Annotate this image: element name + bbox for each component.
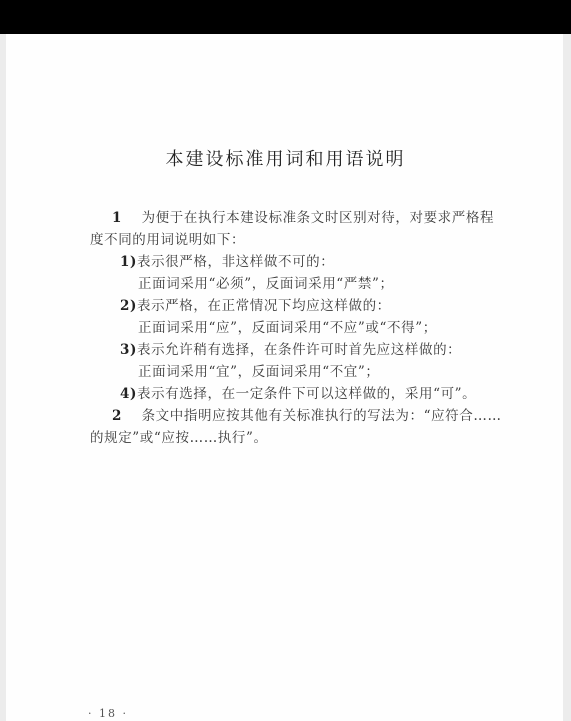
paragraph-number: 1 <box>112 210 122 226</box>
sub-item-1-detail: 正面词采用“必须”，反面词采用“严禁”； <box>138 272 394 292</box>
page-number: · 18 · <box>88 707 128 720</box>
sub-item-text: 表示有选择，在一定条件下可以这样做的，采用“可”。 <box>137 386 476 402</box>
sub-item-1: 1)表示很严格，非这样做不可的： <box>120 250 334 270</box>
sub-item-text: 表示严格，在正常情况下均应这样做的： <box>137 298 391 314</box>
sub-item-3-detail: 正面词采用“宜”，反面词采用“不宜”； <box>138 360 380 380</box>
paragraph-number: 2 <box>112 408 122 424</box>
paragraph-1-line-2: 度不同的用词说明如下： <box>90 228 245 248</box>
sub-item-label: 2) <box>120 298 137 314</box>
top-black-bar <box>0 0 571 34</box>
sub-item-text: 表示很严格，非这样做不可的： <box>137 254 334 270</box>
paragraph-2-line-2: 的规定”或“应按……执行”。 <box>90 426 268 446</box>
paragraph-text: 为便于在执行本建设标准条文时区别对待，对要求严格程 <box>142 210 495 226</box>
page-title: 本建设标准用词和用语说明 <box>0 145 571 171</box>
sub-item-label: 1) <box>120 254 137 270</box>
paragraph-2-line-1: 2 条文中指明应按其他有关标准执行的写法为：“应符合…… <box>112 404 502 424</box>
sub-item-2: 2)表示严格，在正常情况下均应这样做的： <box>120 294 391 314</box>
sub-item-text: 表示允许稍有选择，在条件许可时首先应这样做的： <box>137 342 461 358</box>
paragraph-text: 条文中指明应按其他有关标准执行的写法为：“应符合…… <box>142 408 502 424</box>
sub-item-label: 4) <box>120 386 137 402</box>
sub-item-4: 4)表示有选择，在一定条件下可以这样做的，采用“可”。 <box>120 382 476 402</box>
sub-item-label: 3) <box>120 342 137 358</box>
paragraph-1-line-1: 1 为便于在执行本建设标准条文时区别对待，对要求严格程 <box>112 206 494 226</box>
sub-item-3: 3)表示允许稍有选择，在条件许可时首先应这样做的： <box>120 338 461 358</box>
sub-item-2-detail: 正面词采用“应”，反面词采用“不应”或“不得”； <box>138 316 437 336</box>
